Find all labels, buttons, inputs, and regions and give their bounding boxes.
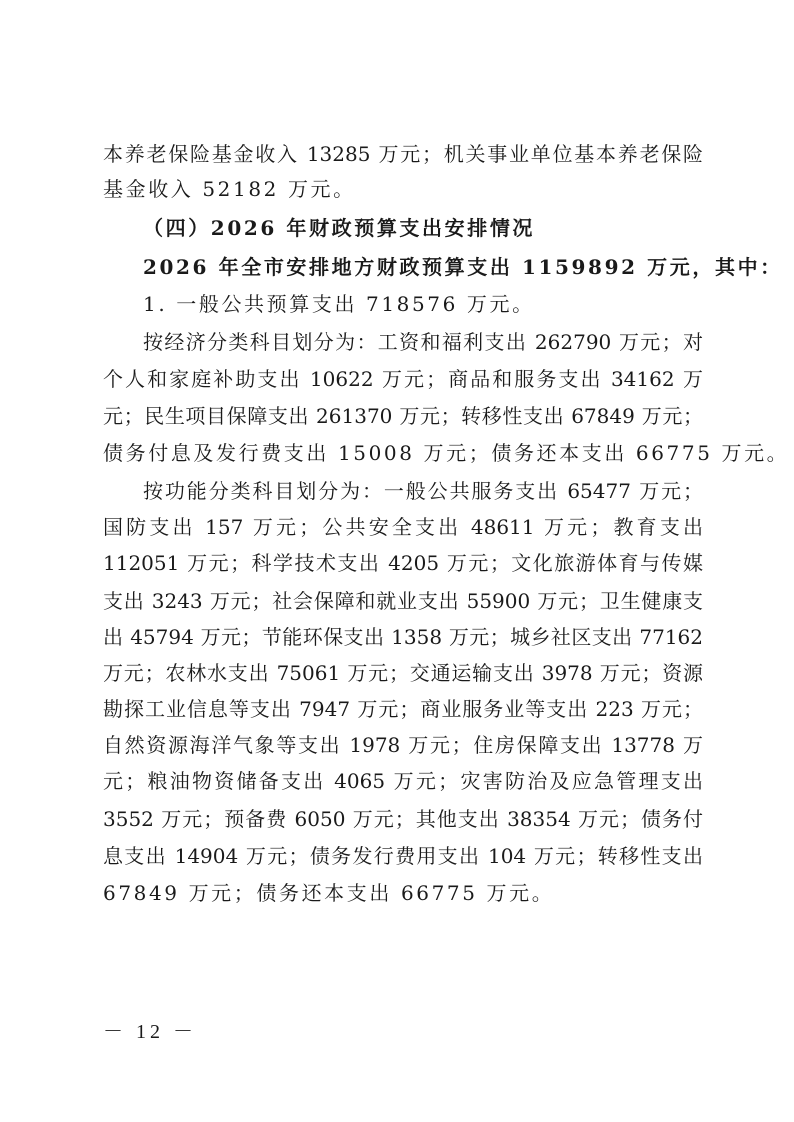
paragraph-line: 1. 一般公共预算支出 718576 万元。: [143, 292, 703, 316]
paragraph-line: 债务付息及发行费支出 15008 万元；债务还本支出 66775 万元。: [103, 441, 703, 465]
paragraph-line: 按功能分类科目划分为：一般公共服务支出 65477 万元；: [143, 479, 703, 503]
paragraph-line: 112051 万元；科学技术支出 4205 万元；文化旅游体育与传媒: [103, 551, 703, 575]
paragraph-line: 勘探工业信息等支出 7947 万元；商业服务业等支出 223 万元；: [103, 697, 703, 721]
paragraph-line: 基金收入 52182 万元。: [103, 177, 703, 201]
paragraph-line: 出 45794 万元；节能环保支出 1358 万元；城乡社区支出 77162: [103, 625, 703, 649]
paragraph-line: 个人和家庭补助支出 10622 万元；商品和服务支出 34162 万: [103, 367, 703, 391]
paragraph-line: 支出 3243 万元；社会保障和就业支出 55900 万元；卫生健康支: [103, 589, 703, 613]
section-heading-line: （四）2026 年财政预算支出安排情况: [143, 216, 703, 240]
paragraph-line: 国防支出 157 万元；公共安全支出 48611 万元；教育支出: [103, 515, 703, 539]
paragraph-line: 自然资源海洋气象等支出 1978 万元；住房保障支出 13778 万: [103, 733, 703, 757]
paragraph-line: 按经济分类科目划分为：工资和福利支出 262790 万元；对: [143, 330, 703, 354]
paragraph-line: 元；民生项目保障支出 261370 万元；转移性支出 67849 万元；: [103, 404, 703, 428]
document-page: 本养老保险基金收入 13285 万元；机关事业单位基本养老保险基金收入 5218…: [0, 0, 794, 1122]
section-heading-line: 2026 年全市安排地方财政预算支出 1159892 万元，其中：: [143, 255, 703, 279]
paragraph-line: 67849 万元；债务还本支出 66775 万元。: [103, 881, 703, 905]
paragraph-line: 3552 万元；预备费 6050 万元；其他支出 38354 万元；债务付: [103, 807, 703, 831]
page-number: － 12 －: [103, 1020, 197, 1044]
paragraph-line: 万元；农林水支出 75061 万元；交通运输支出 3978 万元；资源: [103, 661, 703, 685]
paragraph-line: 本养老保险基金收入 13285 万元；机关事业单位基本养老保险: [103, 142, 703, 166]
paragraph-line: 息支出 14904 万元；债务发行费用支出 104 万元；转移性支出: [103, 844, 703, 868]
paragraph-line: 元；粮油物资储备支出 4065 万元；灾害防治及应急管理支出: [103, 769, 703, 793]
